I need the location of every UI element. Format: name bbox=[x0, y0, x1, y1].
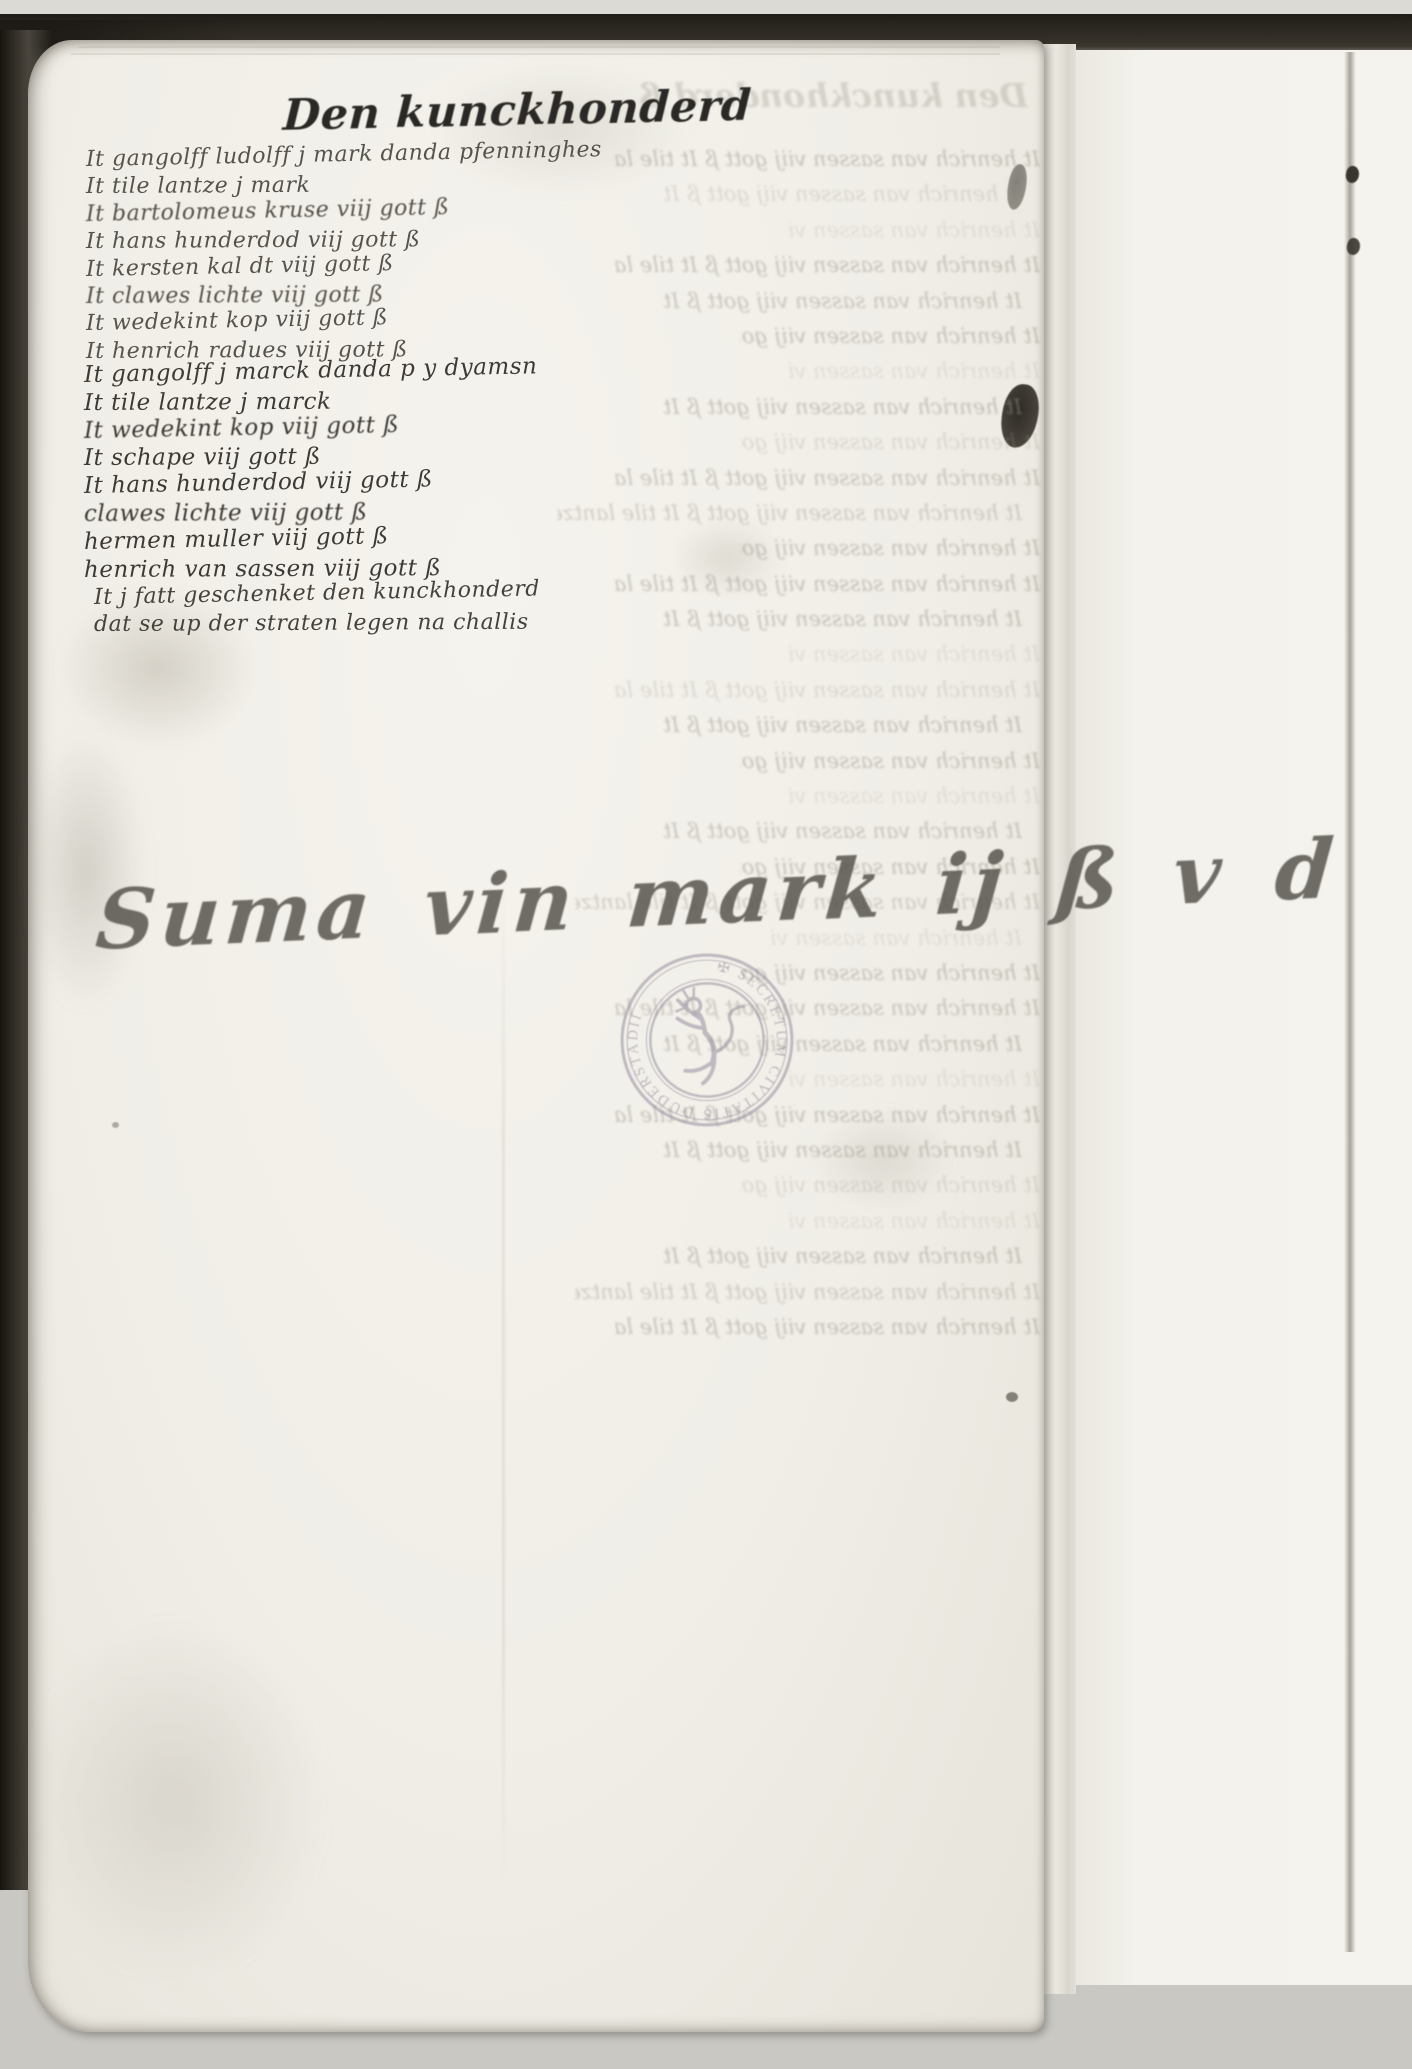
stain bbox=[26, 1620, 326, 1980]
bleed-line: It henrich van sassen viij gott ß It til… bbox=[788, 779, 1040, 814]
bleed-line: It henrich van sassen viij gott ß It til… bbox=[788, 354, 1040, 389]
bleed-line: It henrich van sassen viij gott ß It til… bbox=[788, 213, 1040, 248]
bleed-line: It henrich van sassen viij gott ß It til… bbox=[664, 708, 1022, 743]
svg-text:✠ SECRETUM CIVITATIS DUDERSTAD: ✠ SECRETUM CIVITATIS DUDERSTADII bbox=[614, 947, 799, 1132]
bleed-line: It henrich van sassen viij gott ß It til… bbox=[614, 673, 1040, 708]
manuscript-scan: { "manuscript": { "title": "Den kunckhon… bbox=[0, 0, 1412, 2069]
bleed-line: It henrich van sassen viij gott ß It til… bbox=[664, 1133, 1022, 1168]
ink-speck bbox=[112, 1122, 119, 1128]
closing-note: It j fatt geschenket den kunckhonderddat… bbox=[94, 584, 540, 638]
ink-speck bbox=[1006, 1392, 1018, 1402]
page-seam bbox=[1344, 52, 1356, 1952]
bleed-line: It henrich van sassen viij gott ß It til… bbox=[788, 637, 1040, 672]
bleed-line: It henrich van sassen viij gott ß It til… bbox=[664, 602, 1022, 637]
bleed-line: It henrich van sassen viij gott ß It til… bbox=[557, 496, 1022, 531]
entry-list-first: It gangolff ludolff j mark danda pfennin… bbox=[86, 146, 602, 365]
stain bbox=[26, 730, 146, 1010]
deckle-edge bbox=[70, 46, 1000, 59]
closing-line: dat se up der straten legen na challis bbox=[94, 609, 540, 638]
bleed-line: It henrich van sassen viij gott ß It til… bbox=[740, 744, 1040, 779]
bleed-line: It henrich van sassen viij gott ß It til… bbox=[740, 319, 1040, 354]
paper-crease bbox=[502, 880, 505, 1900]
bleed-line: It henrich van sassen viij gott ß It til… bbox=[664, 390, 1022, 425]
bleed-line: It henrich van sassen viij gott ß It til… bbox=[614, 567, 1040, 602]
page-title: Den kunckhonderd bbox=[282, 81, 753, 141]
bleed-through-text: It henrich van sassen viij gott ß It til… bbox=[556, 142, 1040, 1354]
bleed-line: It henrich van sassen viij gott ß It til… bbox=[614, 142, 1040, 177]
adjacent-page bbox=[1072, 50, 1412, 1985]
bleed-line: It henrich van sassen viij gott ß It til… bbox=[575, 1275, 1040, 1310]
seal-legend: ✠ SECRETUM CIVITATIS DUDERSTADII bbox=[614, 947, 799, 1132]
bleed-line: It henrich van sassen viij gott ß It til… bbox=[614, 1310, 1040, 1345]
city-seal: ✠ SECRETUM CIVITATIS DUDERSTADII bbox=[604, 936, 810, 1144]
bleed-line: It henrich van sassen viij gott ß It til… bbox=[740, 425, 1040, 460]
bleed-line: It henrich van sassen viij gott ß It til… bbox=[740, 531, 1040, 566]
bleed-line: It henrich van sassen viij gott ß It til… bbox=[614, 248, 1040, 283]
bleed-line: It henrich van sassen viij gott ß It til… bbox=[740, 1168, 1040, 1203]
bleed-line: It henrich van sassen viij gott ß It til… bbox=[614, 461, 1040, 496]
lion-rampant-icon bbox=[667, 986, 745, 1087]
bleed-line: It henrich van sassen viij gott ß It til… bbox=[788, 1204, 1040, 1239]
bleed-line: It henrich van sassen viij gott ß It til… bbox=[788, 1062, 1040, 1097]
bleed-line: It henrich van sassen viij gott ß It til… bbox=[664, 177, 1022, 212]
page-fore-edge bbox=[1040, 44, 1076, 1994]
entry-list-second: It gangolff j marck danda p y dyamsnIt t… bbox=[84, 362, 537, 584]
bleed-line: It henrich van sassen viij gott ß It til… bbox=[664, 284, 1022, 319]
bleed-line: It henrich van sassen viij gott ß It til… bbox=[664, 1239, 1022, 1274]
